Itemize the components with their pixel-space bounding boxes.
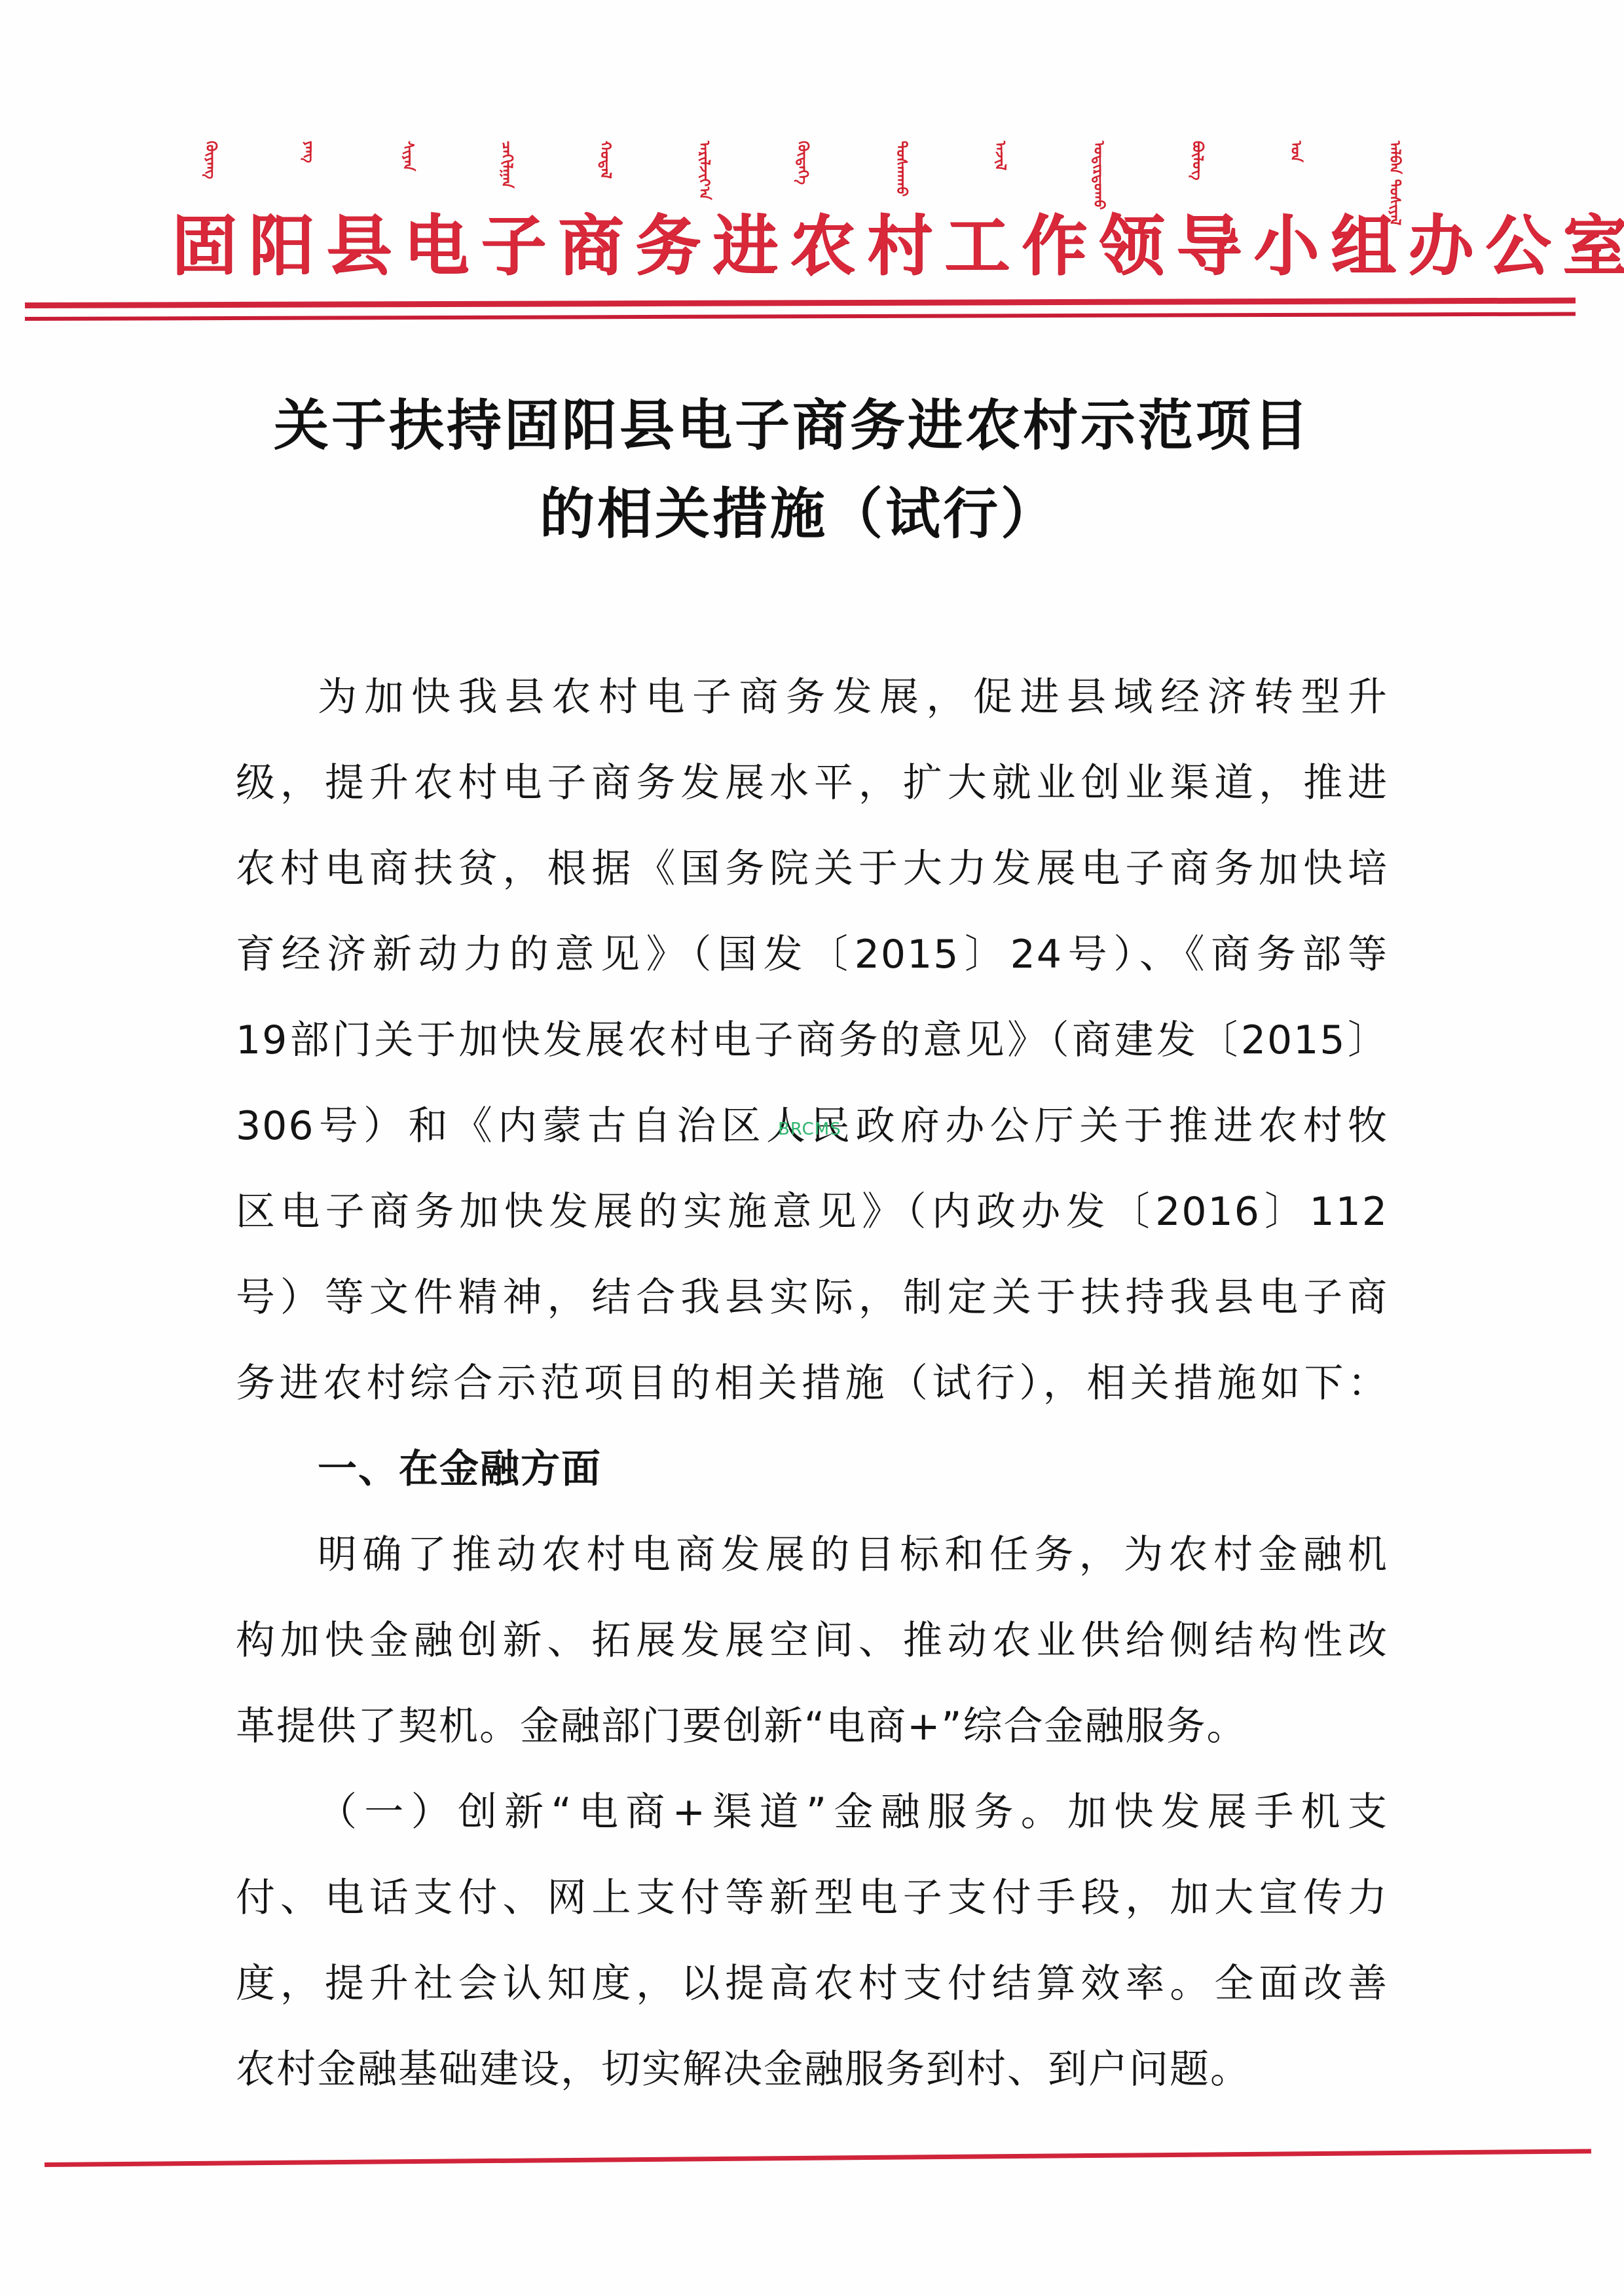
body-line: 区电子商务加快发展的实施意见》（内政办发〔2016〕112 — [236, 1169, 1388, 1255]
mongolian-word: ᠤᠨ — [1288, 141, 1302, 162]
body-line: 明确了推动农村电商发展的目标和任务，为农村金融机 — [236, 1512, 1388, 1598]
document-body: 为加快我县农村电子商务发展，促进县域经济转型升 级，提升农村电子商务发展水平，扩… — [236, 655, 1388, 2113]
mongolian-word: ᠠᠵᠢᠯ — [992, 141, 1006, 170]
mongolian-word: ᠶᠠᠩ — [302, 141, 316, 163]
body-line: 革提供了契机。金融部门要创新“电商+”综合金融服务。 — [236, 1684, 1388, 1770]
brcms-watermark: BRCMS — [778, 1120, 841, 1139]
letterhead-rule-thick — [25, 298, 1576, 308]
mongolian-word: ᠤᠳᠢᠷᠳᠤᠬᠤ — [1091, 141, 1105, 210]
body-line: 19部门关于加快发展农村电子商务的意见》（商建发〔2015〕 — [236, 998, 1388, 1084]
body-line: 付、电话支付、网上支付等新型电子支付手段，加大宣传力 — [236, 1855, 1388, 1941]
mongolian-word: ᠲᠤᠰᠬᠠᠬᠤ — [894, 141, 908, 196]
letterhead-rule-thin — [25, 312, 1576, 321]
mongolian-word: ᠰᠢᠶᠠᠨ — [400, 141, 415, 172]
mongolian-word: ᠬᠤᠳᠠᠯ — [598, 141, 612, 179]
document-title-line-1: 关于扶持固阳县电子商务进农村示范项目 — [0, 393, 1604, 458]
body-line: 农村金融基础建设，切实解决金融服务到村、到户问题。 — [236, 2027, 1388, 2113]
document-title-line-2: 的相关措施（试行） — [0, 481, 1611, 547]
body-line: 农村电商扶贫，根据《国务院关于大力发展电子商务加快培 — [236, 826, 1388, 912]
body-line: 务进农村综合示范项目的相关措施（试行），相关措施如下： — [236, 1341, 1388, 1427]
mongolian-word: ᠴᠠᠬᠢᠯᠭᠠᠨ — [499, 141, 513, 189]
mongolian-word: ᠬᠥᠳᠡᠭᠡ — [795, 141, 809, 185]
body-line: 级，提升农村电子商务发展水平，扩大就业创业渠道，推进 — [236, 740, 1388, 826]
document-page: ᠭᠦᠶᠠᠩ ᠶᠠᠩ ᠰᠢᠶᠠᠨ ᠴᠠᠬᠢᠯᠭᠠᠨ ᠬᠤᠳᠠᠯ ᠠᠷᠢᠯᠵᠢᠶ᠎ᠠ… — [0, 0, 1624, 2296]
mongolian-word: ᠪᠦᠯᠦᠭ — [1190, 141, 1204, 180]
body-line: 度，提升社会认知度，以提高农村支付结算效率。全面改善 — [236, 1941, 1388, 2027]
body-line: 育经济新动力的意见》（国发〔2015〕24号）、《商务部等 — [236, 912, 1388, 998]
body-line: 构加快金融创新、拓展发展空间、推动农业供给侧结构性改 — [236, 1598, 1388, 1684]
subsection-line: （一）创新“电商+渠道”金融服务。加快发展手机支 — [236, 1770, 1388, 1855]
mongolian-word: ᠠᠷᠢᠯᠵᠢᠶ᠎ᠠ — [696, 141, 710, 200]
letterhead-mongolian-row: ᠭᠦᠶᠠᠩ ᠶᠠᠩ ᠰᠢᠶᠠᠨ ᠴᠠᠬᠢᠯᠭᠠᠨ ᠬᠤᠳᠠᠯ ᠠᠷᠢᠯᠵᠢᠶ᠎ᠠ… — [203, 141, 1401, 213]
section-heading: 一、在金融方面 — [236, 1427, 1388, 1512]
body-line: 为加快我县农村电子商务发展，促进县域经济转型升 — [236, 655, 1388, 740]
footer-rule — [45, 2149, 1591, 2167]
mongolian-word: ᠭᠦᠶᠠᠩ — [203, 141, 217, 179]
body-line: 号）等文件精神，结合我县实际，制定关于扶持我县电子商 — [236, 1255, 1388, 1341]
letterhead-org-name: 固阳县电子商务进农村工作领导小组办公室 — [172, 208, 1416, 283]
